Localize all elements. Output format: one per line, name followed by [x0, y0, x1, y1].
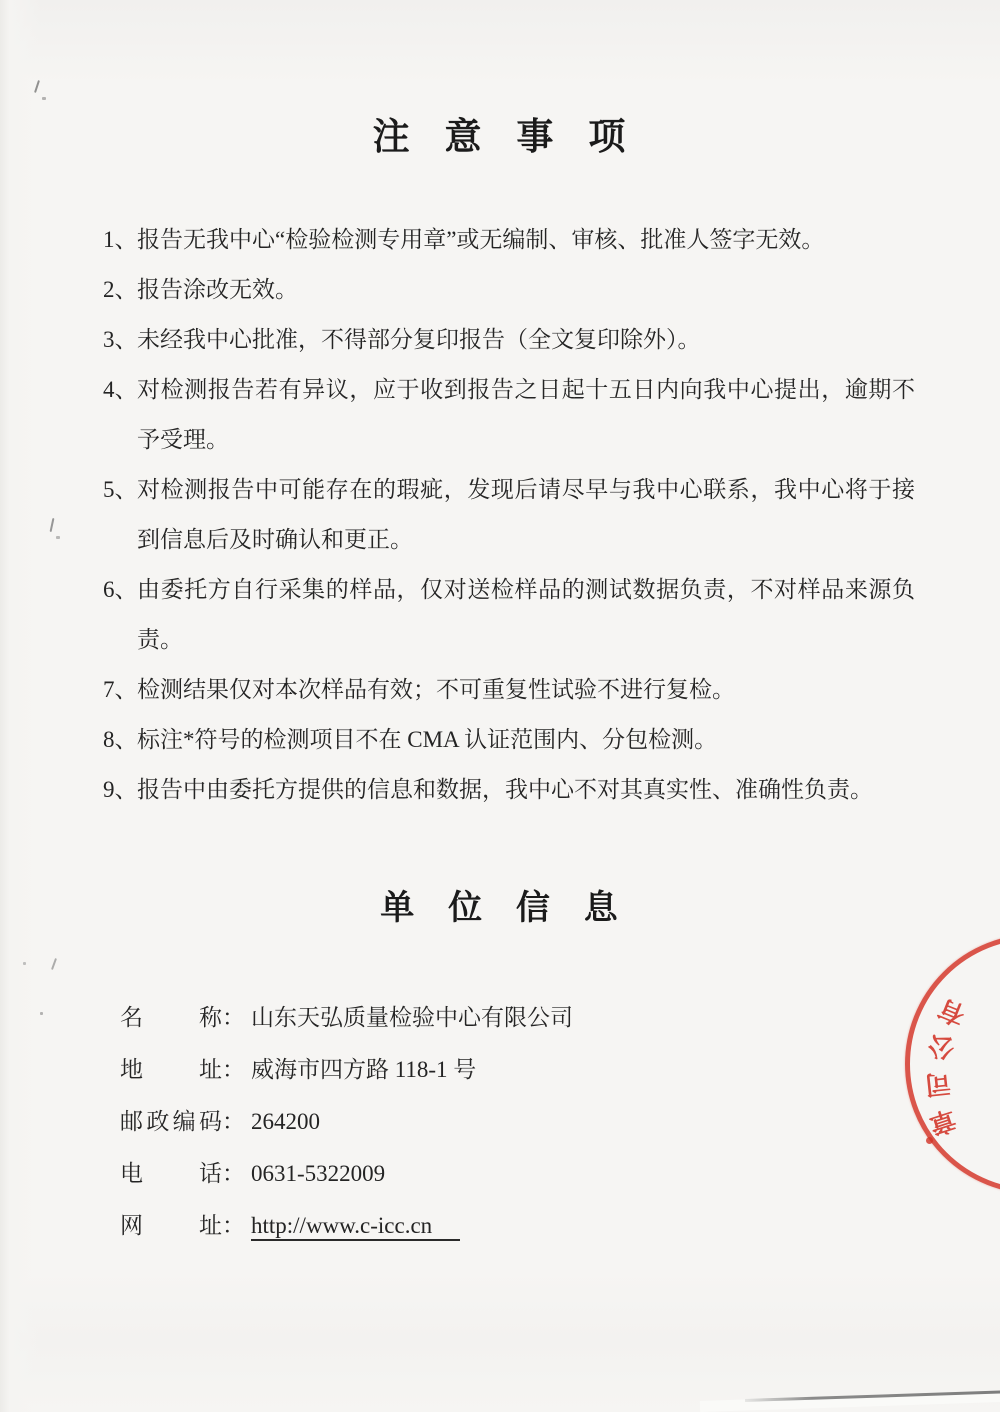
info-row-name: 名称：山东天弘质量检验中心有限公司 — [120, 992, 820, 1044]
info-label: 电话 — [120, 1148, 222, 1200]
note-item-7: 7、 检测结果仅对本次样品有效；不可重复性试验不进行复检。 — [103, 665, 915, 715]
info-row-address: 地址：威海市四方路 118-1 号 — [120, 1044, 820, 1096]
seal-dot — [926, 1137, 933, 1144]
note-text: 由委托方自行采集的样品，仅对送检样品的测试数据负责，不对样品来源负责。 — [137, 577, 915, 652]
scanned-report-page: 注 意 事 项 1、 报告无我中心“检验检测专用章”或无编制、审核、批准人签字无… — [0, 0, 1000, 1412]
note-text: 检测结果仅对本次样品有效；不可重复性试验不进行复检。 — [137, 677, 735, 702]
note-number: 1、 — [103, 215, 138, 265]
info-row-postcode: 邮政编码：264200 — [120, 1096, 820, 1148]
seal-character: 司 — [923, 1066, 953, 1106]
info-row-phone: 电话：0631-5322009 — [120, 1148, 820, 1200]
note-item-1: 1、 报告无我中心“检验检测专用章”或无编制、审核、批准人签字无效。 — [103, 215, 915, 265]
notes-title: 注 意 事 项 — [0, 106, 1000, 160]
website-url: http://www.c-icc.cn — [251, 1213, 460, 1241]
note-item-9: 9、 报告中由委托方提供的信息和数据，我中心不对其真实性、准确性负责。 — [103, 765, 915, 815]
note-item-8: 8、 标注*符号的检测项目不在 CMA 认证范围内、分包检测。 — [103, 715, 915, 765]
note-item-6: 6、 由委托方自行采集的样品，仅对送检样品的测试数据负责，不对样品来源负责。 — [103, 565, 915, 665]
info-colon: ： — [222, 1148, 245, 1200]
info-label: 邮政编码 — [120, 1096, 222, 1148]
info-row-website: 网址：http://www.c-icc.cn — [120, 1200, 820, 1252]
scan-artifact — [40, 1012, 43, 1015]
note-number: 2、 — [103, 265, 138, 315]
address-value: 威海市四方路 118-1 号 — [251, 1057, 476, 1082]
info-colon: ： — [222, 1096, 245, 1148]
note-text: 标注*符号的检测项目不在 CMA 认证范围内、分包检测。 — [137, 727, 717, 752]
note-text: 报告中由委托方提供的信息和数据，我中心不对其真实性、准确性负责。 — [137, 777, 873, 802]
company-info-title: 单 位 信 息 — [0, 880, 1000, 929]
company-info-section: 名称：山东天弘质量检验中心有限公司 地址：威海市四方路 118-1 号 邮政编码… — [120, 992, 820, 1252]
note-number: 3、 — [103, 315, 138, 365]
info-colon: ： — [222, 1200, 245, 1252]
note-item-4: 4、 对检测报告若有异议，应于收到报告之日起十五日内向我中心提出，逾期不予受理。 — [103, 365, 915, 465]
red-seal-stamp: 有 公 司 章 — [900, 925, 1000, 1195]
note-text: 对检测报告中可能存在的瑕疵，发现后请尽早与我中心联系，我中心将于接到信息后及时确… — [137, 477, 915, 552]
info-colon: ： — [222, 1044, 245, 1096]
seal-character: 公 — [926, 1028, 957, 1068]
scan-artifact — [42, 97, 46, 100]
note-number: 6、 — [103, 565, 138, 615]
note-number: 7、 — [103, 665, 138, 715]
note-number: 9、 — [103, 765, 138, 815]
note-number: 5、 — [103, 465, 138, 515]
postcode-value: 264200 — [251, 1109, 320, 1134]
info-label: 网址 — [120, 1200, 222, 1252]
info-label: 地址 — [120, 1044, 222, 1096]
note-item-5: 5、 对检测报告中可能存在的瑕疵，发现后请尽早与我中心联系，我中心将于接到信息后… — [103, 465, 915, 565]
scan-artifact — [56, 536, 60, 539]
note-text: 未经我中心批准，不得部分复印报告（全文复印除外）。 — [137, 327, 701, 352]
seal-ring — [905, 934, 1000, 1194]
phone-value: 0631-5322009 — [251, 1161, 385, 1186]
scan-artifact — [51, 958, 57, 970]
note-text: 报告涂改无效。 — [137, 277, 298, 302]
scan-artifact — [23, 962, 26, 965]
note-number: 4、 — [103, 365, 138, 415]
scan-artifact — [34, 80, 40, 93]
note-number: 8、 — [103, 715, 138, 765]
info-label: 名称 — [120, 992, 222, 1044]
company-name-value: 山东天弘质量检验中心有限公司 — [251, 1005, 573, 1030]
scan-artifact — [50, 518, 55, 532]
note-text: 对检测报告若有异议，应于收到报告之日起十五日内向我中心提出，逾期不予受理。 — [137, 377, 915, 452]
note-item-2: 2、 报告涂改无效。 — [103, 265, 915, 315]
note-item-3: 3、 未经我中心批准，不得部分复印报告（全文复印除外）。 — [103, 315, 915, 365]
note-text: 报告无我中心“检验检测专用章”或无编制、审核、批准人签字无效。 — [137, 227, 824, 252]
notes-list: 1、 报告无我中心“检验检测专用章”或无编制、审核、批准人签字无效。 2、 报告… — [103, 215, 915, 815]
info-colon: ： — [222, 992, 245, 1044]
